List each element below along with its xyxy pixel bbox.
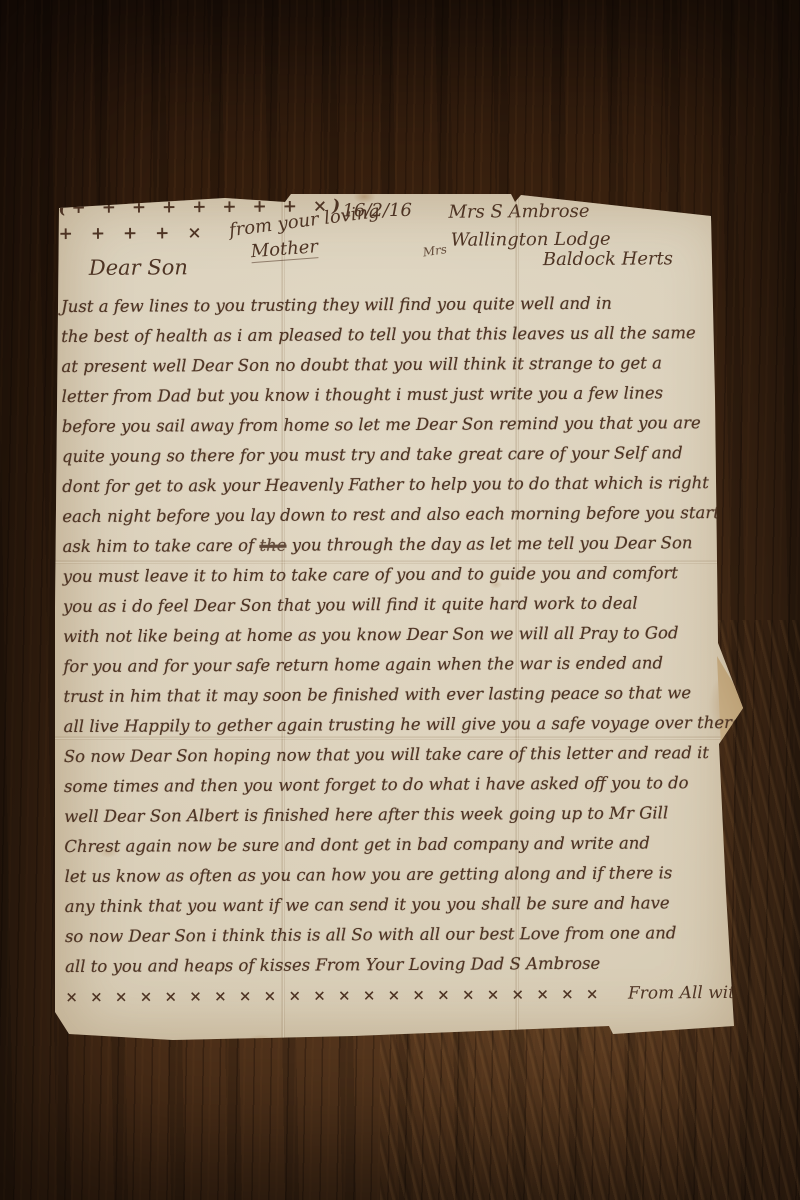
letter-body: Just a few lines to you trusting they wi… [61, 288, 735, 1012]
letter-line: with not like being at home as you know … [63, 618, 733, 652]
letter-line: letter from Dad but you know i thought i… [62, 378, 732, 412]
letter-line: before you sail away from home so let me… [62, 408, 732, 442]
line-text: you through the day as let me tell you D… [286, 533, 692, 554]
kisses-row-second: + + + + × [59, 223, 208, 244]
letter-line: all live Happily to gether again trustin… [64, 708, 734, 742]
small-ink-mark: Mrs [422, 242, 448, 259]
letter-line: dont for get to ask your Heavenly Father… [62, 468, 732, 502]
letter-line: Just a few lines to you trusting they wi… [61, 288, 731, 322]
letter-line: so now Dear Son i think this is all So w… [65, 918, 735, 952]
letter-content: (+ + + + + + + + ×) + + + + × from your … [50, 186, 747, 1052]
letter-paper: (+ + + + + + + + ×) + + + + × from your … [53, 188, 745, 1050]
letter-line: trust in him that it may soon be finishe… [63, 678, 733, 712]
sender-name: Mrs S Ambrose [448, 201, 589, 223]
closing-kisses-row: × × × × × × × × × × × × × × × × × × × × … [65, 985, 602, 1006]
letter-line: quite young so there for you must try an… [62, 438, 732, 472]
letter-line: you as i do feel Dear Son that you will … [63, 588, 733, 622]
letter-line: Chrest again now be sure and dont get in… [64, 828, 734, 862]
letter-line: for you and for your safe return home ag… [63, 648, 733, 682]
sender-address-line2: Baldock Herts [543, 248, 673, 270]
letter-line: any think that you want if we can send i… [65, 888, 735, 922]
salutation: Dear Son [89, 255, 188, 280]
letter-line: you must leave it to him to take care of… [63, 558, 733, 592]
letter-line: all to you and heaps of kisses From Your… [65, 948, 735, 982]
letter-date: 16/2/16 [342, 200, 412, 221]
letter-line: well Dear Son Albert is finished here af… [64, 798, 734, 832]
closing-line: × × × × × × × × × × × × × × × × × × × × … [65, 978, 735, 1012]
crossed-out-word: the [259, 536, 286, 555]
sender-address-line1: Wallington Lodge [451, 229, 611, 251]
letter-line: the best of health as i am pleased to te… [61, 318, 731, 352]
line-text: ask him to take care of [62, 536, 259, 556]
letter-line-with-correction: ask him to take care of the you through … [62, 528, 732, 562]
letter-line: at present well Dear Son no doubt that y… [61, 348, 731, 382]
letter-line: So now Dear Son hoping now that you will… [64, 738, 734, 772]
letter-line: some times and then you wont forget to d… [64, 768, 734, 802]
letter-line: let us know as often as you can how you … [64, 858, 734, 892]
letter-line: each night before you lay down to rest a… [62, 498, 732, 532]
from-mother-note: Mother [250, 236, 319, 263]
